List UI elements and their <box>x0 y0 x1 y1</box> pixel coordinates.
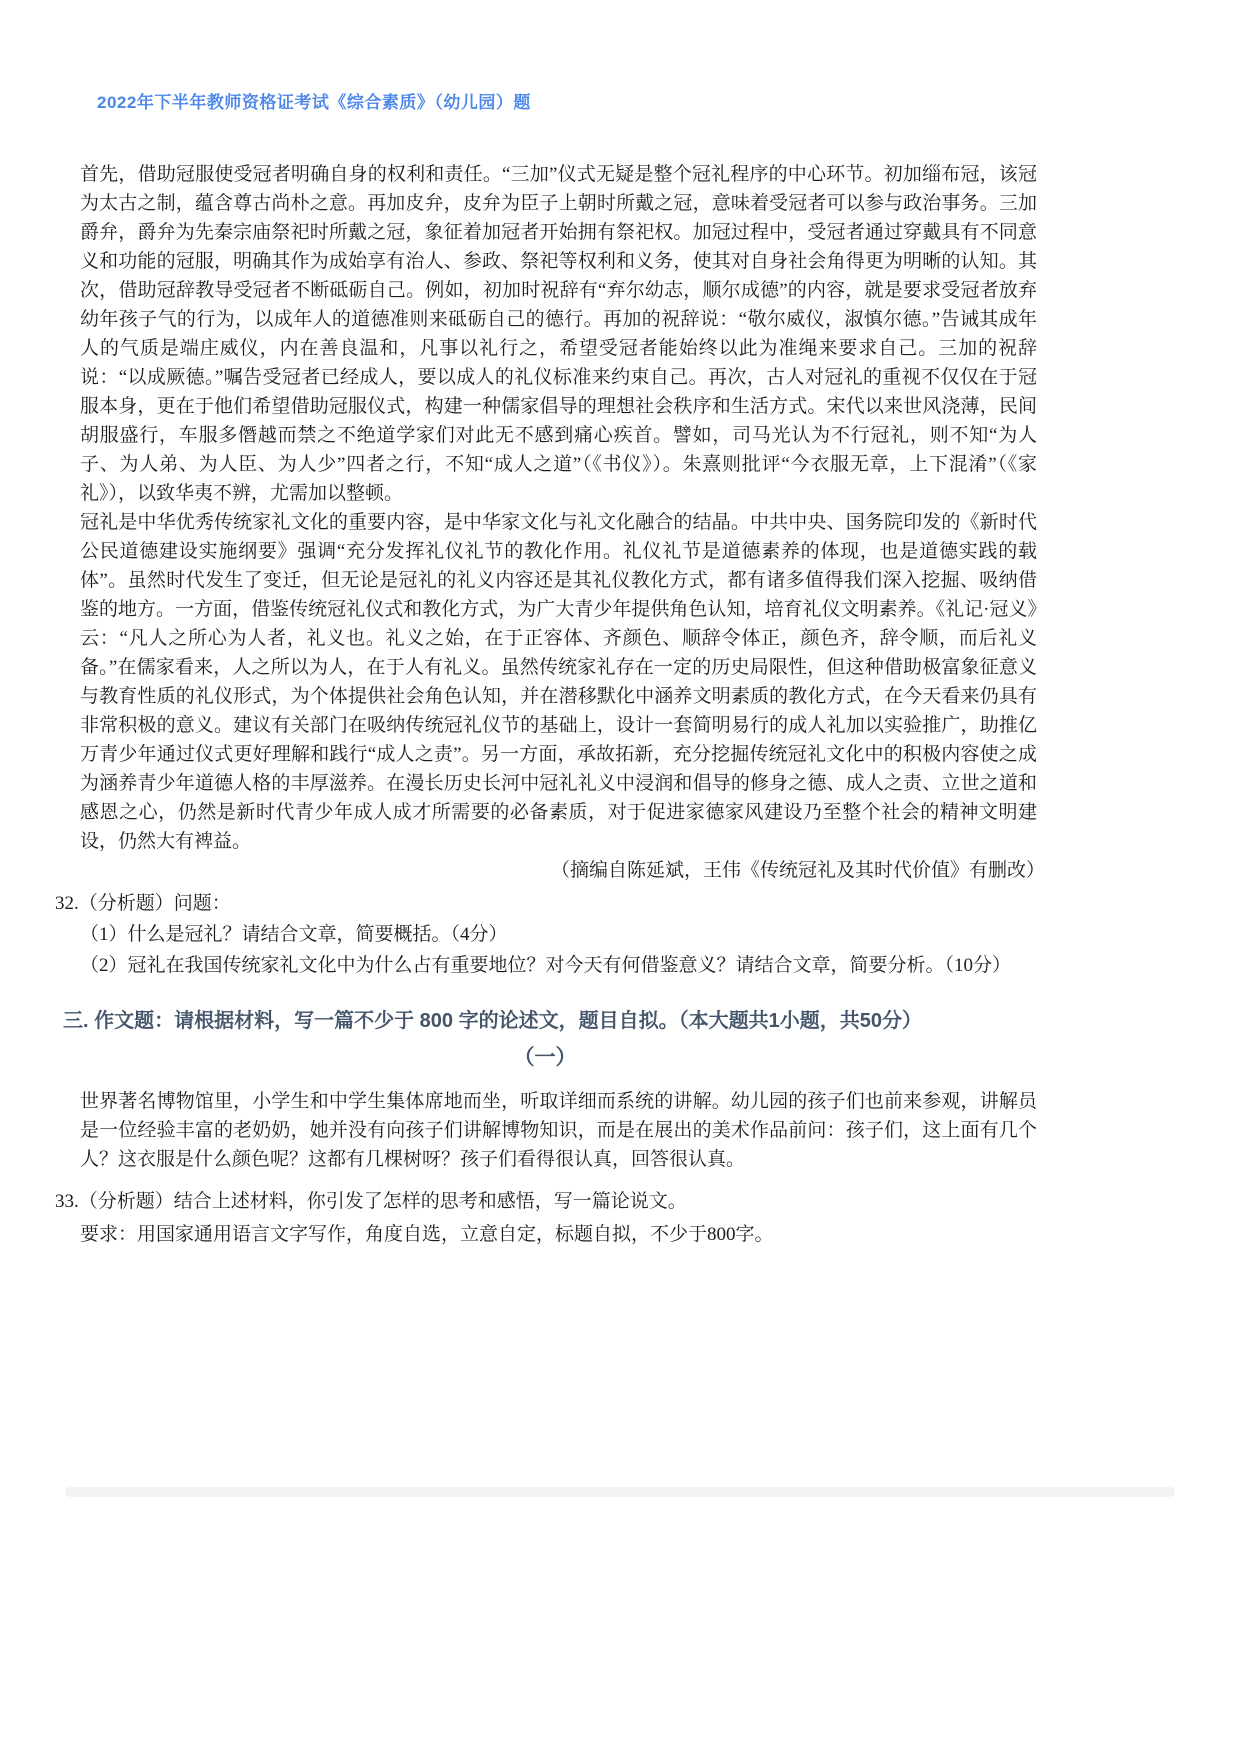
question-32-stem: 32.（分析题）问题： <box>55 889 1185 919</box>
question-33-stem: 33.（分析题）结合上述材料，你引发了怎样的思考和感悟，写一篇论说文。 <box>55 1187 1185 1217</box>
reading-paragraph-1: 首先，借助冠服使受冠者明确自身的权利和责任。“三加”仪式无疑是整个冠礼程序的中心… <box>80 160 1037 508</box>
exam-document-page: 2022年下半年教师资格证考试《综合素质》（幼儿园）题 首先，借助冠服使受冠者明… <box>0 0 1240 1754</box>
document-title: 2022年下半年教师资格证考试《综合素质》（幼儿园）题 <box>97 88 1240 113</box>
document-content: 首先，借助冠服使受冠者明确自身的权利和责任。“三加”仪式无疑是整个冠礼程序的中心… <box>55 160 1185 1250</box>
bottom-divider-bar <box>65 1487 1175 1497</box>
question-33-requirement: 要求：用国家通用语言文字写作，角度自选，立意自定，标题自拟，不少于800字。 <box>80 1219 1185 1250</box>
material-number-label: （一） <box>55 1043 1035 1073</box>
question-32-item-1: （1）什么是冠礼？请结合文章，简要概括。（4分） <box>80 919 1060 950</box>
reading-paragraph-2: 冠礼是中华优秀传统家礼文化的重要内容，是中华家文化与礼文化融合的结晶。中共中央、… <box>80 508 1037 856</box>
question-32-item-2: （2）冠礼在我国传统家礼文化中为什么占有重要地位？对今天有何借鉴意义？请结合文章… <box>80 950 1060 981</box>
section-3-heading: 三. 作文题：请根据材料，写一篇不少于 800 字的论述文，题目自拟。（本大题共… <box>63 1007 1185 1035</box>
reading-attribution: （摘编自陈延斌，王伟《传统冠礼及其时代价值》有删改） <box>80 856 1045 886</box>
material-paragraph: 世界著名博物馆里，小学生和中学生集体席地而坐，听取详细而系统的讲解。幼儿园的孩子… <box>80 1087 1037 1174</box>
